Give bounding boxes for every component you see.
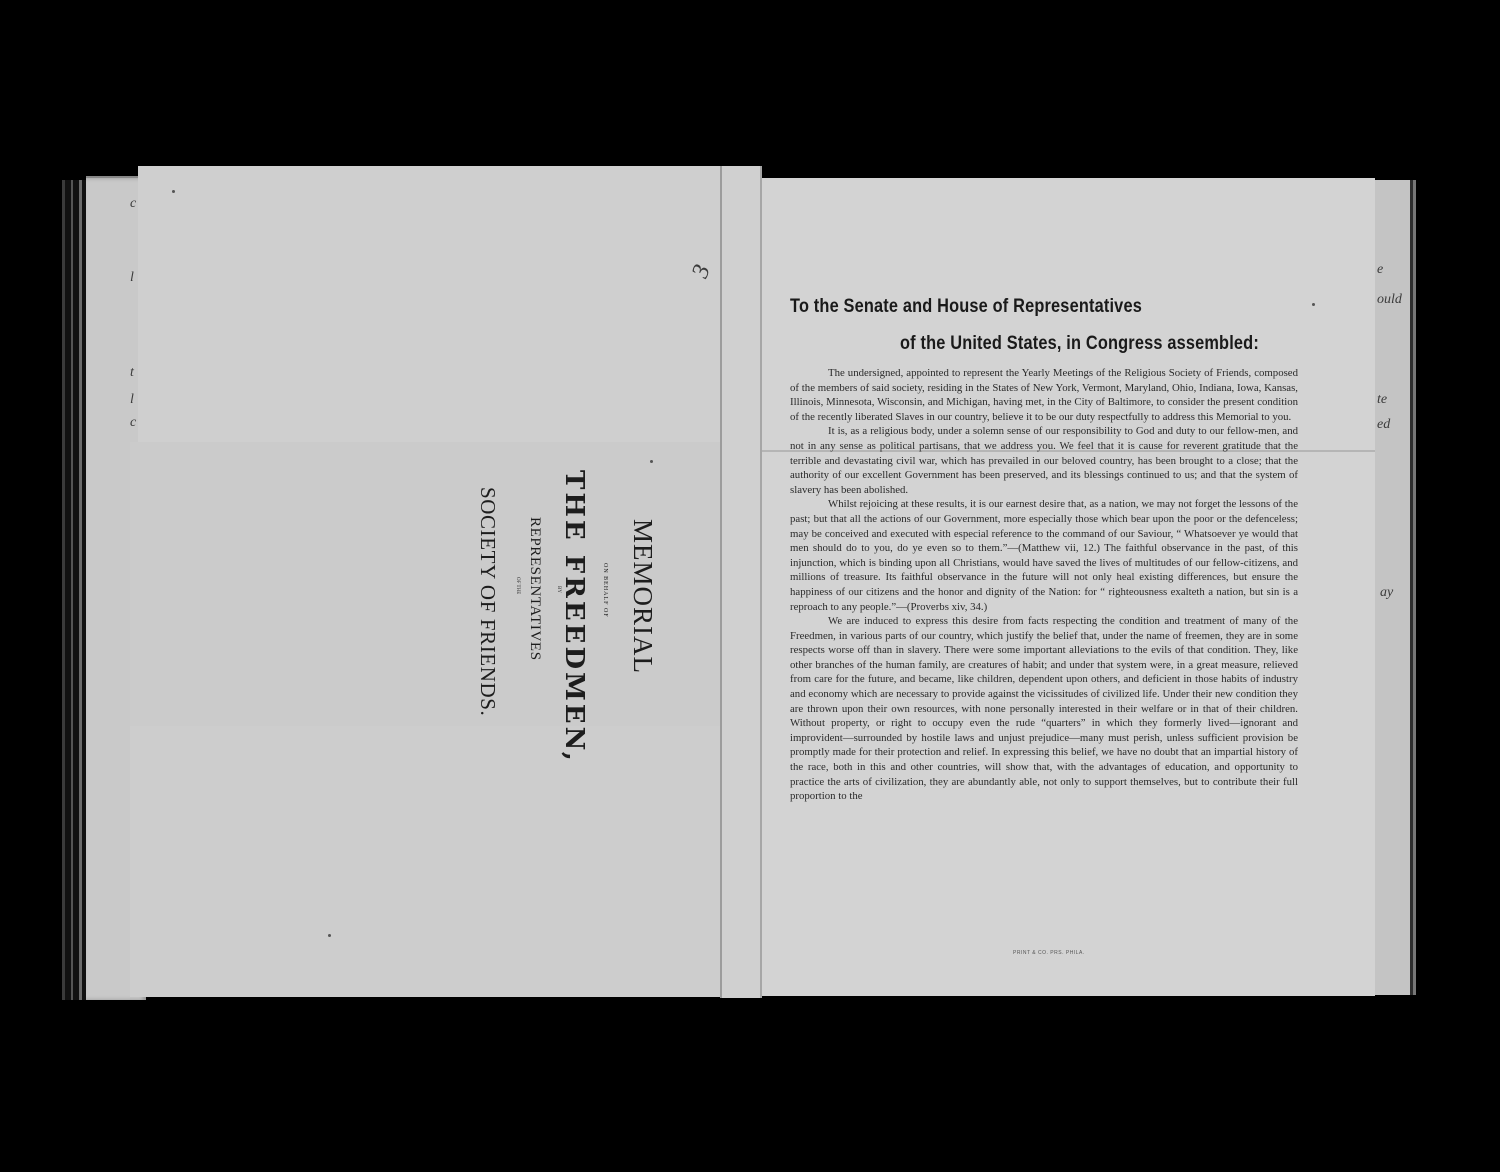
printer-imprint: PRINT & CO. PRS. PHILA. [1013, 950, 1085, 956]
handwritten-margin-note: c [130, 415, 136, 431]
title-society-of-friends: SOCIETY OF FRIENDS. [475, 487, 500, 716]
paper-speck [172, 190, 175, 193]
paragraph: The undersigned, appointed to represent … [790, 366, 1298, 424]
paragraph: It is, as a religious body, under a sole… [790, 424, 1298, 497]
title-memorial: MEMORIAL [627, 519, 658, 674]
handwritten-margin-note: ould [1377, 292, 1402, 308]
handwritten-margin-note: l [130, 270, 134, 286]
paragraph: We are induced to express this desire fr… [790, 614, 1298, 804]
handwritten-margin-note: te [1377, 392, 1387, 408]
handwritten-margin-note: e [1377, 262, 1383, 278]
center-gutter [722, 166, 762, 998]
left-sheet-bottom-panel [130, 726, 722, 997]
handwritten-margin-note: c [130, 196, 136, 212]
handwritten-margin-note: ed [1377, 417, 1390, 433]
paper-speck [1312, 303, 1315, 306]
title-of-the: OF THE [515, 577, 520, 594]
memorial-body-text: The undersigned, appointed to represent … [790, 366, 1298, 804]
fold-line [720, 166, 722, 998]
address-heading-line1: To the Senate and House of Representativ… [790, 296, 1142, 318]
paper-speck [650, 460, 653, 463]
paper-speck [328, 934, 331, 937]
handwritten-margin-note: t [130, 365, 134, 381]
handwritten-margin-note: l [130, 392, 134, 408]
handwritten-margin-note: ay [1380, 585, 1393, 601]
title-freedmen: THE FREEDMEN, [559, 470, 589, 764]
left-sheet-top-panel [138, 166, 722, 444]
title-on-behalf-of: ON BEHALF OF [602, 563, 608, 618]
address-heading-line2: of the United States, in Congress assemb… [900, 333, 1259, 355]
paragraph: Whilst rejoicing at these results, it is… [790, 497, 1298, 614]
title-by: BY [556, 586, 561, 593]
title-representatives: REPRESENTATIVES [526, 517, 543, 661]
